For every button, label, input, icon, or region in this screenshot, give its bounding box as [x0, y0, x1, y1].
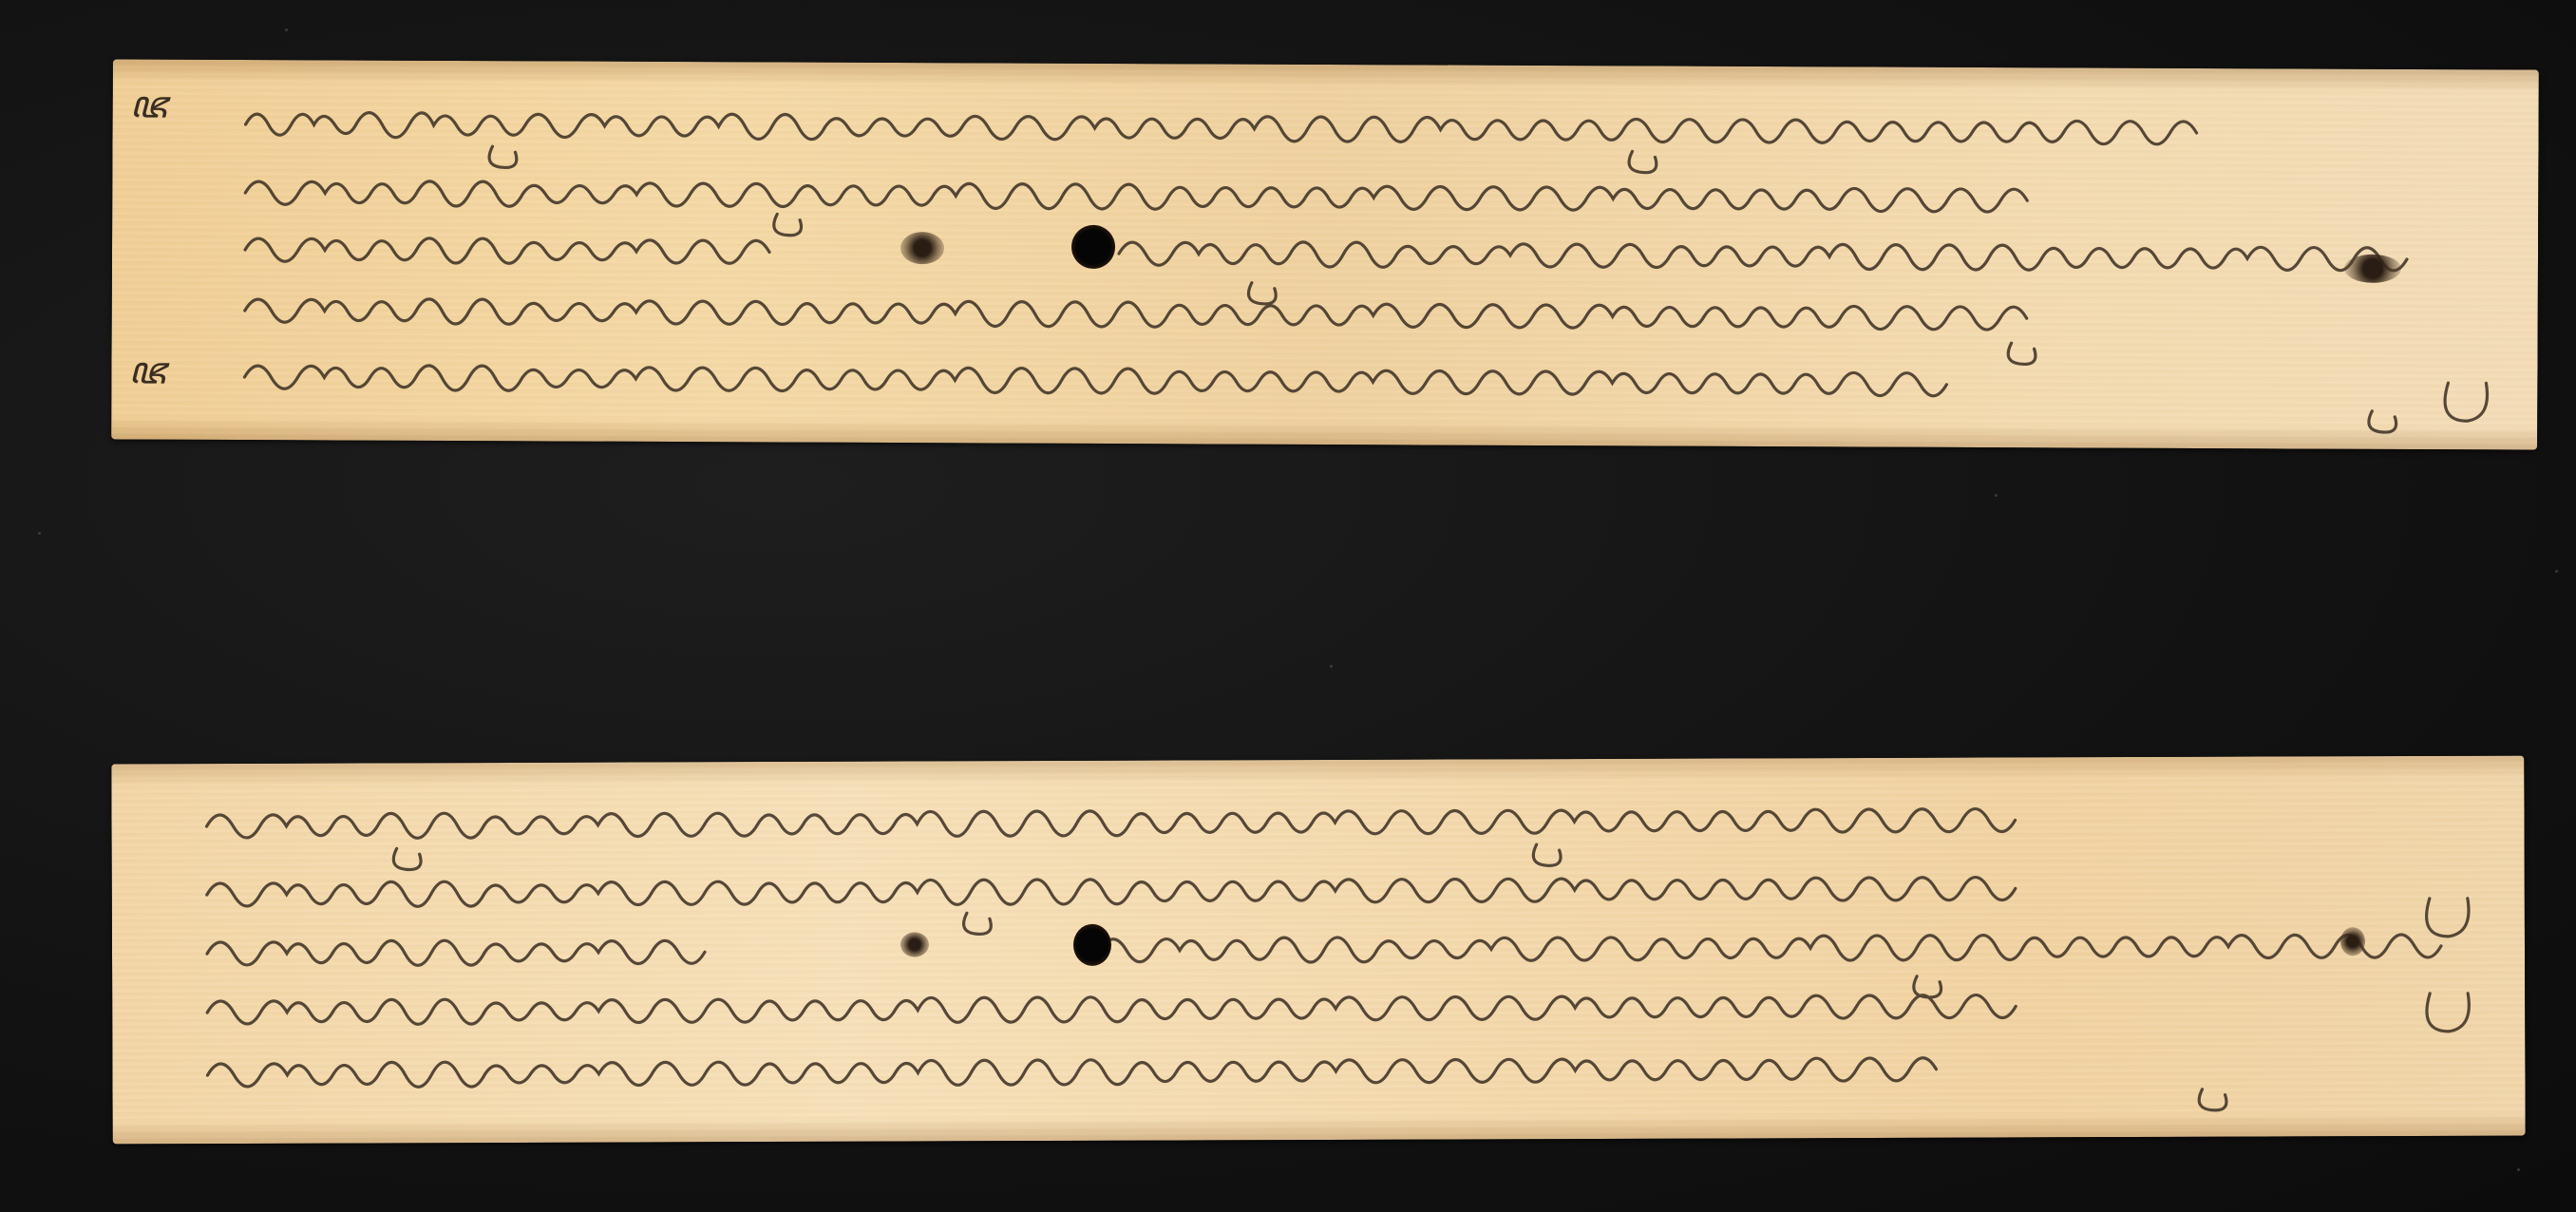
cloth-speck — [285, 28, 288, 31]
handwritten-script — [111, 756, 2525, 1145]
cloth-speck — [2555, 570, 2558, 573]
palm-leaf-manuscript-top: top ꦗ ꦗ — [111, 59, 2539, 449]
binding-hole-right — [2344, 255, 2401, 283]
binding-hole-left — [900, 232, 944, 264]
cloth-speck — [2517, 1168, 2520, 1171]
binding-hole-right — [2340, 927, 2365, 956]
binding-hole-center — [1073, 924, 1111, 966]
cloth-speck — [38, 532, 41, 535]
cloth-speck — [1330, 665, 1333, 668]
palm-leaf-manuscript-bottom: bottom — [111, 756, 2525, 1145]
binding-hole-left — [900, 932, 929, 956]
binding-hole-center — [1071, 225, 1115, 269]
cloth-speck — [1995, 494, 1998, 497]
photo-scene: top ꦗ ꦗ bot — [0, 0, 2576, 1212]
handwritten-script — [111, 59, 2539, 449]
